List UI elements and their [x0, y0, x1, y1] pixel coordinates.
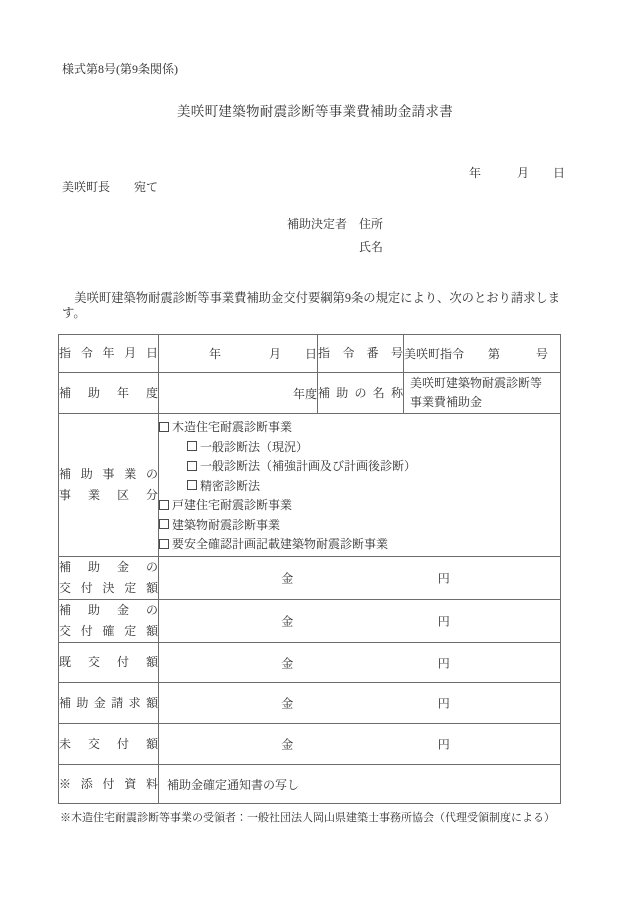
subsidy-year-row: 補 助 年 度 年度 補 助 の 名 称 美咲町建築物耐震診断等 事業費補助金 — [59, 373, 561, 414]
checkbox-label: 精密診断法 — [200, 477, 260, 494]
attachment-row: ※ 添 付 資 料 補助金確定通知書の写し — [59, 765, 561, 804]
checkbox-label: 建築物耐震診断事業 — [172, 516, 280, 533]
grant-confirmed-amount-row: 補 助 金 の 交 付 確 定 額 金 円 — [59, 600, 561, 643]
checkbox-label: 一般診断法（現況） — [200, 438, 308, 455]
checkbox-item: 精密診断法 — [187, 475, 560, 495]
request-sentence: 美咲町建築物耐震診断等事業費補助金交付要綱第9条の規定により、次のとおり請求しま… — [62, 291, 580, 321]
document-page: 様式第8号(第9条関係) 美咲町建築物耐震診断等事業費補助金請求書 年 月 日 … — [0, 0, 630, 903]
subsidy-request-table: 指 令 年 月 日 年 月 日 指 令 番 号 美咲町指令 第 号 補 助 年 … — [58, 334, 561, 804]
grant-decision-amount-row: 補 助 金 の 交 付 決 定 額 金 円 — [59, 557, 561, 600]
yen-prefix: 金 — [281, 654, 293, 671]
checkbox-general-method-reinforcement[interactable] — [187, 461, 197, 471]
grant-confirmed-amount-label: 補 助 金 の 交 付 確 定 額 — [59, 600, 159, 643]
checkbox-label: 一般診断法（補強計画及び計画後診断） — [200, 457, 416, 474]
checkbox-label: 木造住宅耐震診断事業 — [172, 418, 292, 435]
requested-amount-row: 補助金請求額 金 円 — [59, 683, 561, 724]
already-paid-amount-row: 既 交 付 額 金 円 — [59, 643, 561, 683]
document-title: 美咲町建築物耐震診断等事業費補助金請求書 — [0, 103, 630, 121]
checkbox-detached-house-diagnosis[interactable] — [159, 500, 169, 510]
subsidy-name-value: 美咲町建築物耐震診断等 事業費補助金 — [404, 373, 561, 414]
directive-date-value: 年 月 日 — [159, 335, 318, 373]
directive-date-label: 指 令 年 月 日 — [59, 335, 159, 373]
checkbox-label: 戸建住宅耐震診断事業 — [172, 496, 292, 513]
yen-prefix: 金 — [281, 613, 293, 630]
yen-suffix: 円 — [438, 695, 450, 712]
checkbox-safety-confirmation-building-diagnosis[interactable] — [159, 539, 169, 549]
recipient-name-label: 氏名 — [359, 240, 630, 254]
grant-decision-amount-label: 補 助 金 の 交 付 決 定 額 — [59, 557, 159, 600]
checkbox-general-method-current[interactable] — [187, 441, 197, 451]
recipient-address-label: 補助決定者 住所 — [287, 217, 630, 231]
directive-number-value: 美咲町指令 第 号 — [404, 335, 561, 373]
attachment-value: 補助金確定通知書の写し — [159, 765, 561, 804]
footnote: ※木造住宅耐震診断等事業の受領者：一般社団法人岡山県建築士事務所協会（代理受領制… — [60, 811, 630, 825]
form-number: 様式第8号(第9条関係) — [62, 62, 630, 76]
unpaid-amount-row: 未 交 付 額 金 円 — [59, 724, 561, 765]
subsidy-year-value: 年度 — [159, 373, 318, 414]
already-paid-amount-label: 既 交 付 額 — [59, 643, 159, 683]
requested-amount-value: 金 円 — [159, 683, 561, 724]
unpaid-amount-value: 金 円 — [159, 724, 561, 765]
checkbox-item: 一般診断法（現況） — [187, 436, 560, 456]
yen-suffix: 円 — [438, 736, 450, 753]
unpaid-amount-label: 未 交 付 額 — [59, 724, 159, 765]
business-category-options: 木造住宅耐震診断事業 一般診断法（現況） 一般診断法（補強計画及び計画後診断） … — [159, 414, 561, 557]
yen-prefix: 金 — [281, 695, 293, 712]
checkbox-wooden-house-diagnosis[interactable] — [159, 422, 169, 432]
date-line: 年 月 日 — [0, 166, 630, 180]
recipient-block: 補助決定者 住所 氏名 — [287, 217, 630, 254]
yen-suffix: 円 — [438, 654, 450, 671]
business-category-label: 補 助 事 業 の 事 業 区 分 — [59, 414, 159, 557]
business-category-row: 補 助 事 業 の 事 業 区 分 木造住宅耐震診断事業 一般診断法（現況） 一… — [59, 414, 561, 557]
checkbox-building-diagnosis[interactable] — [159, 519, 169, 529]
attachment-label: ※ 添 付 資 料 — [59, 765, 159, 804]
addressee-line: 美咲町長 宛て — [62, 180, 630, 194]
directive-date-row: 指 令 年 月 日 年 月 日 指 令 番 号 美咲町指令 第 号 — [59, 335, 561, 373]
checkbox-item: 建築物耐震診断事業 — [159, 514, 560, 534]
checkbox-precision-method[interactable] — [187, 480, 197, 490]
checkbox-label: 要安全確認計画記載建築物耐震診断事業 — [172, 535, 388, 552]
requested-amount-label: 補助金請求額 — [59, 683, 159, 724]
subsidy-name-label: 補 助 の 名 称 — [318, 373, 404, 414]
checkbox-item: 木造住宅耐震診断事業 — [159, 417, 560, 437]
grant-confirmed-amount-value: 金 円 — [159, 600, 561, 643]
yen-suffix: 円 — [438, 613, 450, 630]
directive-number-label: 指 令 番 号 — [318, 335, 404, 373]
already-paid-amount-value: 金 円 — [159, 643, 561, 683]
yen-prefix: 金 — [281, 736, 293, 753]
checkbox-item: 要安全確認計画記載建築物耐震診断事業 — [159, 534, 560, 554]
yen-prefix: 金 — [281, 570, 293, 587]
checkbox-item: 戸建住宅耐震診断事業 — [159, 495, 560, 515]
grant-decision-amount-value: 金 円 — [159, 557, 561, 600]
subsidy-year-label: 補 助 年 度 — [59, 373, 159, 414]
yen-suffix: 円 — [438, 570, 450, 587]
checkbox-item: 一般診断法（補強計画及び計画後診断） — [187, 456, 560, 476]
